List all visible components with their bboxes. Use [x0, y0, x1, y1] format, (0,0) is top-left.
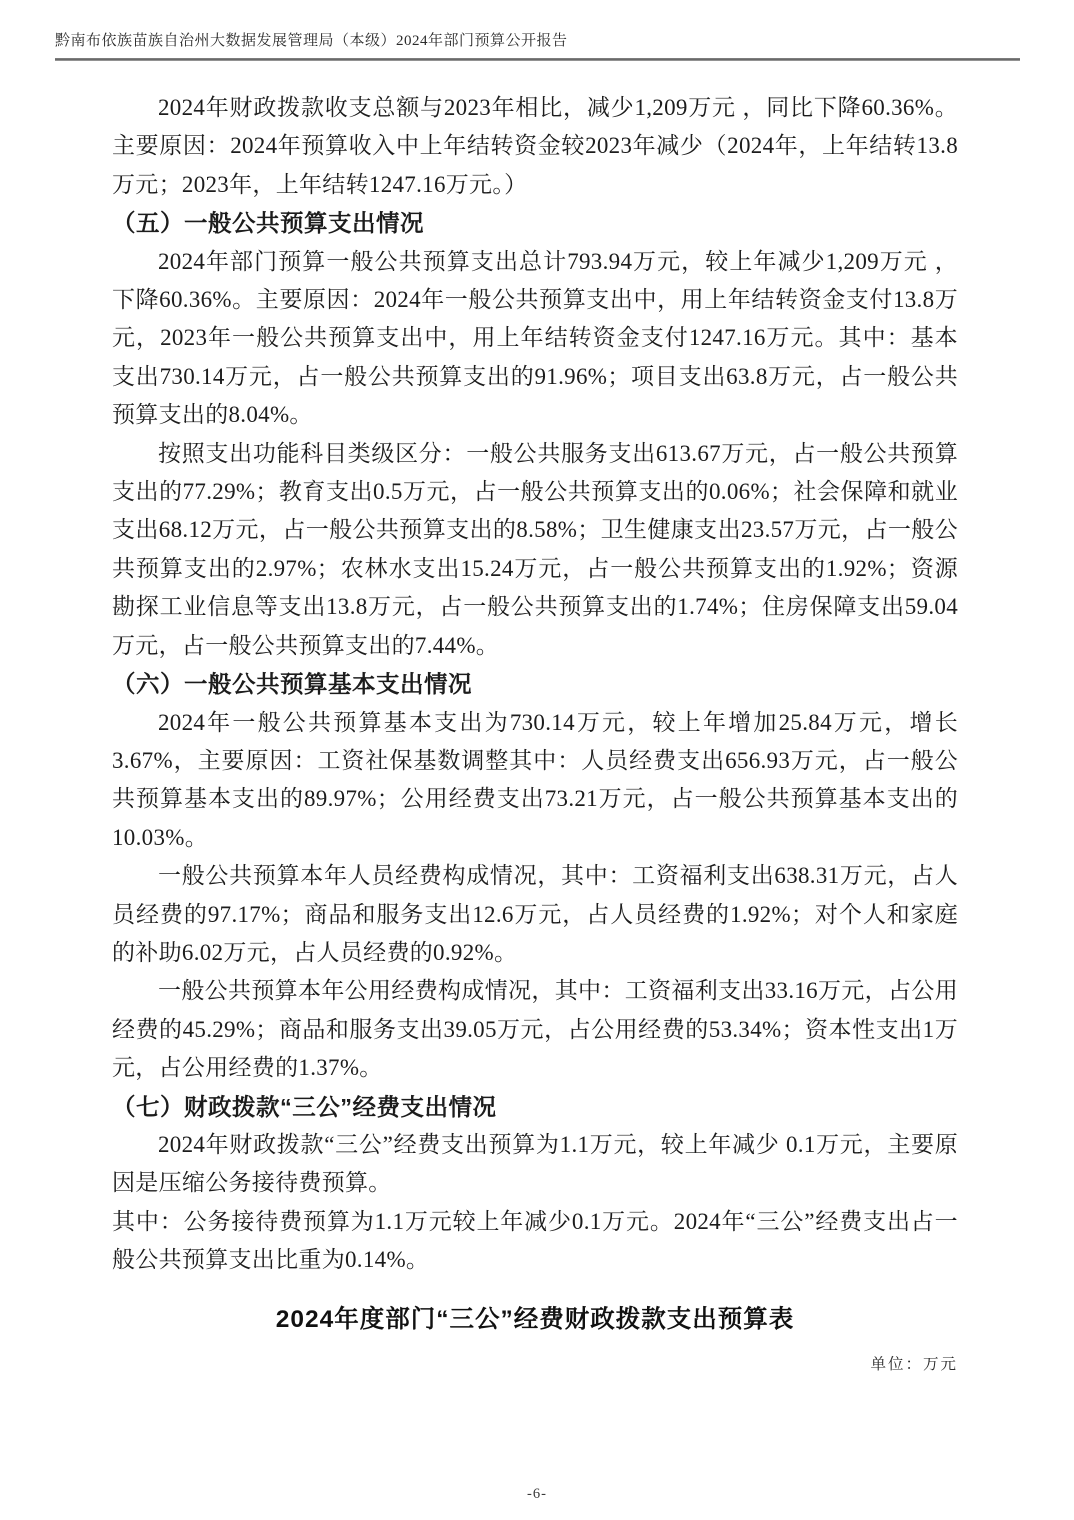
paragraph-revenue-total: 2024年财政拨款收支总额与2023年相比，减少1,209万元 ，同比下降60.…	[112, 89, 958, 204]
document-header-title: 黔南布依族苗族自治州大数据发展管理局（本级）2024年部门预算公开报告	[55, 31, 1020, 51]
paragraph-public-expense: 一般公共预算本年公用经费构成情况，其中：工资福利支出33.16万元，占公用经费的…	[112, 972, 958, 1087]
header-divider-rule	[55, 58, 1020, 61]
table-title: 2024年度部门“三公”经费财政拨款支出预算表	[112, 1301, 958, 1339]
heading-section-5: （五）一般公共预算支出情况	[112, 204, 958, 242]
document-body: 2024年财政拨款收支总额与2023年相比，减少1,209万元 ，同比下降60.…	[112, 89, 958, 1375]
paragraph-expenditure-total: 2024年部门预算一般公共预算支出总计793.94万元，较上年减少1,209万元…	[112, 243, 958, 435]
document-page: 黔南布依族苗族自治州大数据发展管理局（本级）2024年部门预算公开报告 2024…	[0, 0, 1074, 1520]
paragraph-three-public: 2024年财政拨款“三公”经费支出预算为1.1万元，较上年减少 0.1万元，主要…	[112, 1126, 958, 1203]
heading-section-7: （七）财政拨款“三公”经费支出情况	[112, 1088, 958, 1126]
paragraph-three-public-detail: 其中：公务接待费预算为1.1万元较上年减少0.1万元。2024年“三公”经费支出…	[112, 1203, 958, 1280]
paragraph-basic-expenditure: 2024年一般公共预算基本支出为730.14万元，较上年增加25.84万元，增长…	[112, 704, 958, 858]
paragraph-personnel-expense: 一般公共预算本年人员经费构成情况，其中：工资福利支出638.31万元，占人员经费…	[112, 857, 958, 972]
document-header: 黔南布依族苗族自治州大数据发展管理局（本级）2024年部门预算公开报告	[55, 31, 1020, 61]
paragraph-expenditure-by-function: 按照支出功能科目类级区分：一般公共服务支出613.67万元，占一般公共预算支出的…	[112, 435, 958, 665]
page-number: -6-	[0, 1486, 1074, 1503]
table-unit-label: 单位：万元	[112, 1354, 958, 1375]
heading-section-6: （六）一般公共预算基本支出情况	[112, 665, 958, 703]
